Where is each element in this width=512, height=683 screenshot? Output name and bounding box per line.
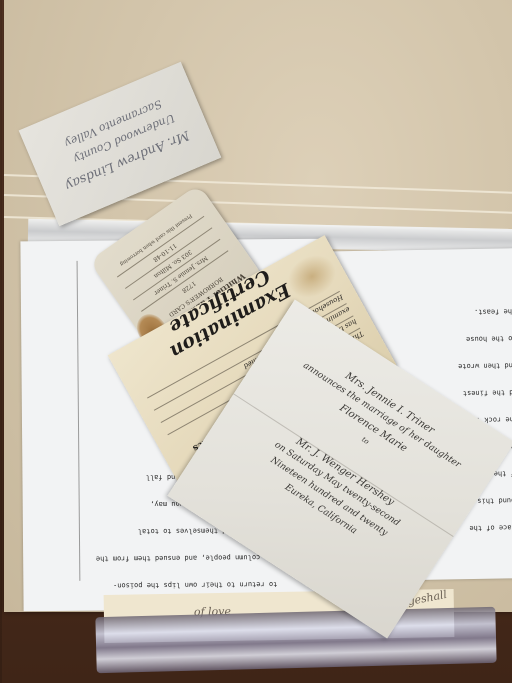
plastic-sleeve-bottom: [95, 607, 496, 673]
photo-scene: fond to all that can intoxicate. they th…: [0, 0, 512, 683]
typed-line: the column people, and ensued them from …: [87, 552, 277, 563]
typed-line: the feast.: [416, 306, 512, 317]
typed-line: to the house: [417, 333, 512, 344]
typed-line: and then wrote: [417, 360, 512, 371]
typed-line: to return to their own lips the poison-: [87, 579, 277, 590]
margin-rule: [77, 261, 81, 581]
